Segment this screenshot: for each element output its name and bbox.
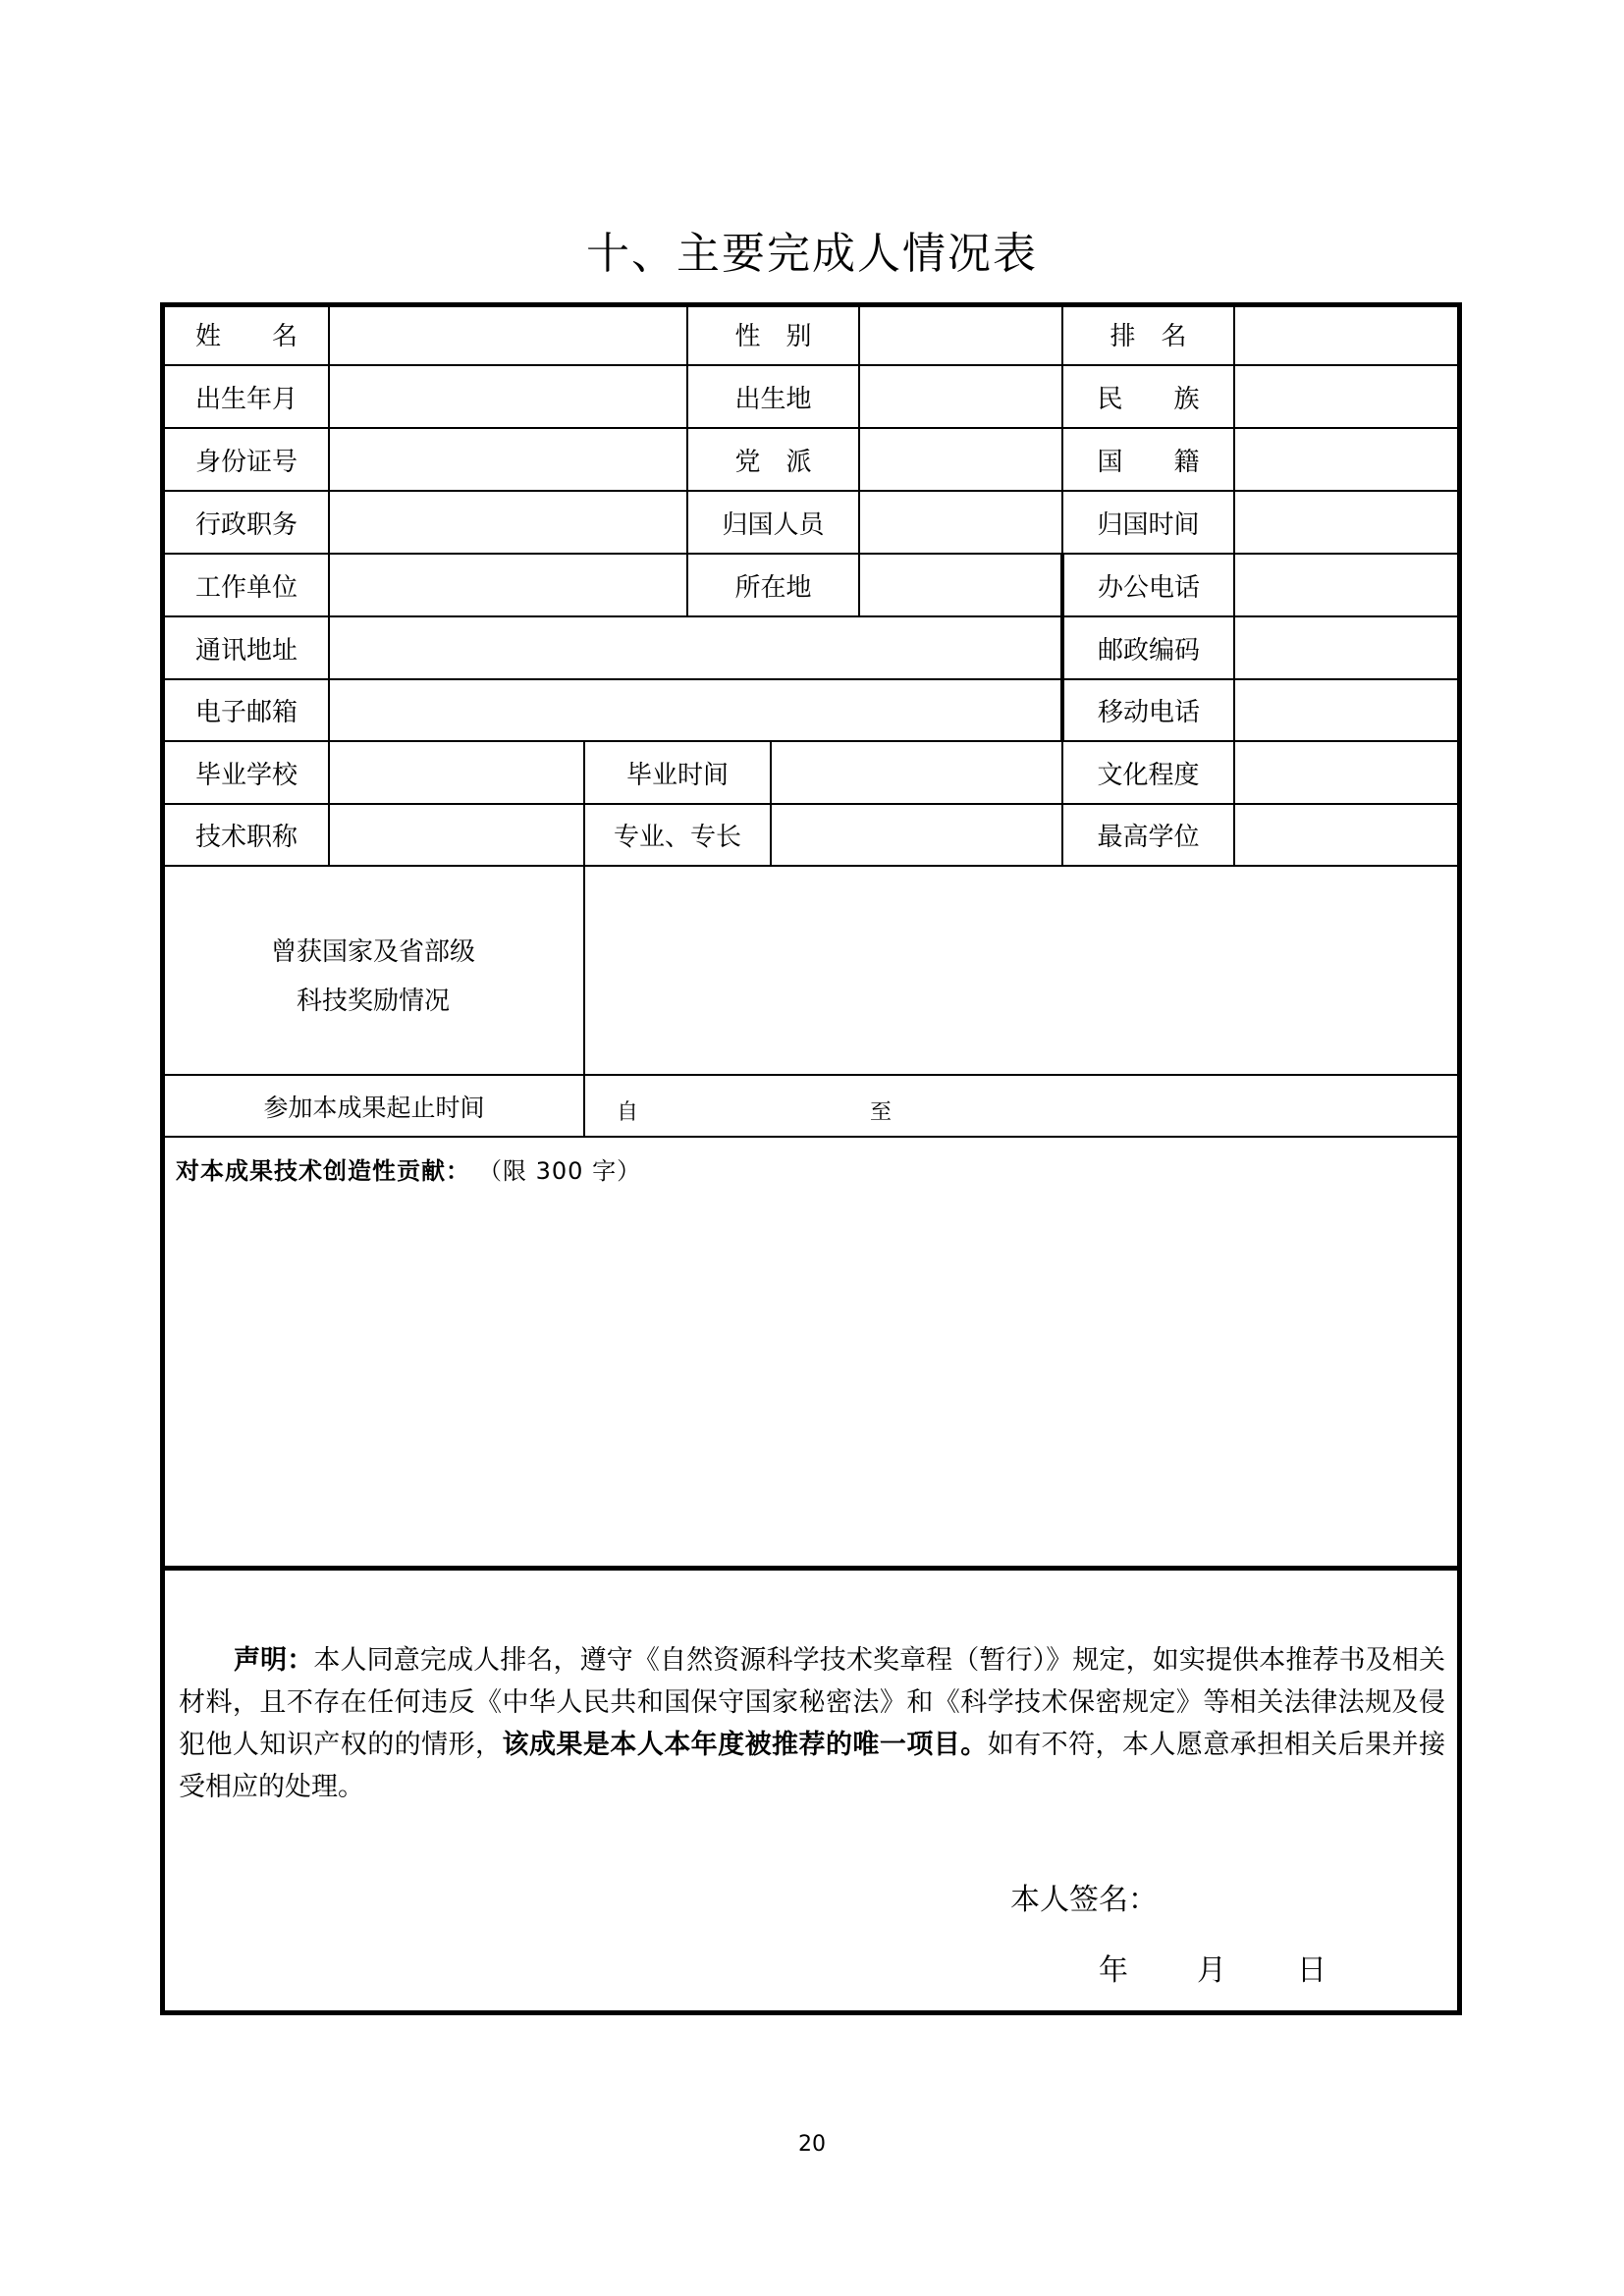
signature-field[interactable] bbox=[1168, 1870, 1453, 1919]
period-from-label: 自 bbox=[617, 1095, 638, 1126]
location-field[interactable] bbox=[860, 555, 1060, 615]
graduation-time-field[interactable] bbox=[772, 742, 1060, 803]
admin-position-field[interactable] bbox=[330, 492, 686, 553]
label-email: 电子邮箱 bbox=[165, 680, 328, 740]
participation-period-field[interactable] bbox=[648, 1076, 1453, 1136]
label-ethnicity: 民 族 bbox=[1063, 366, 1233, 427]
return-time-field[interactable] bbox=[1235, 492, 1457, 553]
gender-field[interactable] bbox=[860, 304, 1061, 364]
office-phone-field[interactable] bbox=[1235, 555, 1457, 615]
name-field[interactable] bbox=[330, 304, 686, 364]
label-mailing-address: 通讯地址 bbox=[165, 617, 328, 678]
contribution-heading: 对本成果技术创造性贡献：（限 300 字） bbox=[176, 1151, 641, 1186]
signature-label: 本人签名： bbox=[1010, 1875, 1158, 1918]
label-postal-code: 邮政编码 bbox=[1064, 617, 1233, 678]
highest-degree-field[interactable] bbox=[1235, 805, 1457, 865]
party-field[interactable] bbox=[860, 429, 1061, 490]
label-admin-position: 行政职务 bbox=[165, 492, 328, 553]
label-graduate-school: 毕业学校 bbox=[165, 742, 328, 803]
date-year-label: 年 bbox=[1099, 1946, 1128, 1989]
label-location: 所在地 bbox=[688, 555, 858, 615]
declaration-unique-project: 该成果是本人本年度被推荐的唯一项目。 bbox=[502, 1730, 987, 1760]
label-rank: 排 名 bbox=[1063, 304, 1233, 364]
education-level-field[interactable] bbox=[1235, 742, 1457, 803]
row-divider bbox=[160, 1136, 1462, 1138]
label-office-phone: 办公电话 bbox=[1064, 555, 1233, 615]
label-work-unit: 工作单位 bbox=[165, 555, 328, 615]
label-mobile-phone: 移动电话 bbox=[1064, 680, 1233, 740]
email-field[interactable] bbox=[330, 680, 1060, 740]
label-technical-title: 技术职称 bbox=[165, 805, 328, 865]
contribution-field[interactable] bbox=[165, 1193, 1457, 1564]
graduate-school-field[interactable] bbox=[330, 742, 583, 803]
page-title: 十、主要完成人情况表 bbox=[0, 218, 1624, 281]
label-specialty: 专业、专长 bbox=[585, 805, 770, 865]
awards-label-line2: 科技奖励情况 bbox=[162, 977, 584, 1026]
contribution-label: 对本成果技术创造性贡献： bbox=[176, 1157, 470, 1185]
label-education-level: 文化程度 bbox=[1063, 742, 1233, 803]
label-graduation-time: 毕业时间 bbox=[585, 742, 770, 803]
mailing-address-field[interactable] bbox=[330, 617, 1060, 678]
date-day-label: 日 bbox=[1297, 1946, 1326, 1989]
awards-label: 曾获国家及省部级 科技奖励情况 bbox=[162, 928, 584, 1026]
id-number-field[interactable] bbox=[330, 429, 686, 490]
ethnicity-field[interactable] bbox=[1235, 366, 1457, 427]
contribution-limit-note: （限 300 字） bbox=[490, 1157, 641, 1185]
awards-field[interactable] bbox=[585, 867, 1457, 1074]
nationality-field[interactable] bbox=[1235, 429, 1457, 490]
specialty-field[interactable] bbox=[772, 805, 1060, 865]
postal-code-field[interactable] bbox=[1235, 617, 1457, 678]
birth-date-field[interactable] bbox=[330, 366, 686, 427]
page-number: 20 bbox=[0, 2132, 1624, 2157]
mobile-phone-field[interactable] bbox=[1235, 680, 1457, 740]
label-nationality: 国 籍 bbox=[1063, 429, 1233, 490]
label-gender: 性 别 bbox=[688, 304, 858, 364]
label-highest-degree: 最高学位 bbox=[1063, 805, 1233, 865]
section-divider bbox=[160, 1566, 1462, 1571]
label-return-time: 归国时间 bbox=[1063, 492, 1233, 553]
declaration-text: 声明：本人同意完成人排名，遵守《自然资源科学技术奖章程（暂行）》规定，如实提供本… bbox=[179, 1639, 1445, 1808]
work-unit-field[interactable] bbox=[330, 555, 686, 615]
label-id-number: 身份证号 bbox=[165, 429, 328, 490]
label-returnee: 归国人员 bbox=[688, 492, 858, 553]
declaration-lead: 声明： bbox=[234, 1645, 313, 1676]
rank-field[interactable] bbox=[1235, 304, 1457, 364]
awards-label-line1: 曾获国家及省部级 bbox=[162, 928, 584, 977]
label-name: 姓 名 bbox=[165, 304, 328, 364]
date-month-label: 月 bbox=[1197, 1946, 1226, 1989]
participation-period-label: 参加本成果起止时间 bbox=[165, 1076, 583, 1136]
label-birthplace: 出生地 bbox=[688, 366, 858, 427]
label-party: 党 派 bbox=[688, 429, 858, 490]
returnee-field[interactable] bbox=[860, 492, 1061, 553]
label-birth-date: 出生年月 bbox=[165, 366, 328, 427]
birthplace-field[interactable] bbox=[860, 366, 1061, 427]
technical-title-field[interactable] bbox=[330, 805, 583, 865]
